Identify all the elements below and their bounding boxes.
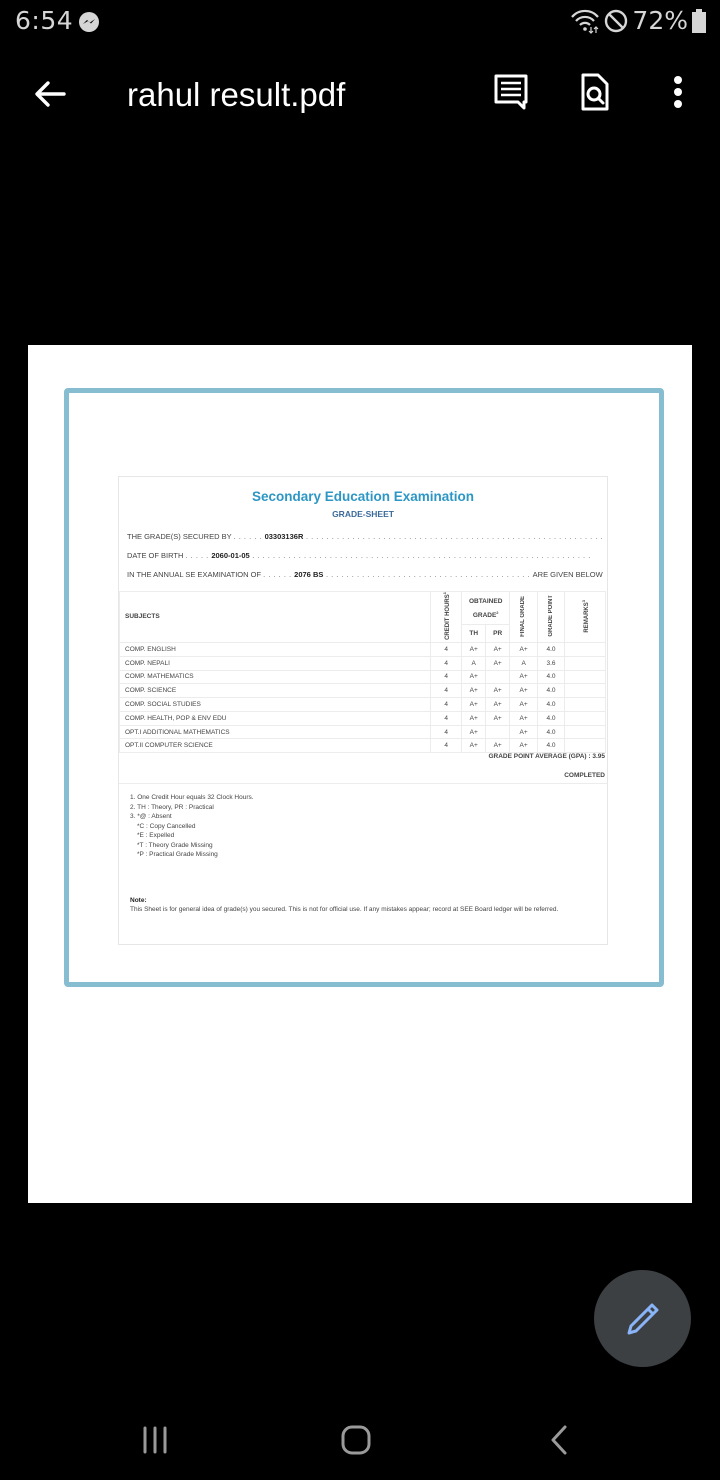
table-row: OPT.I ADDITIONAL MATHEMATICS4A+A+4.0 bbox=[120, 725, 606, 739]
subject-cell: COMP. SCIENCE bbox=[120, 684, 431, 698]
footnote: 3. *@ : Absent bbox=[130, 812, 254, 822]
remarks-cell bbox=[565, 711, 606, 725]
grade-point-cell: 4.0 bbox=[538, 698, 565, 712]
home-button[interactable] bbox=[331, 1420, 381, 1460]
dob-line: DATE OF BIRTH . . . . . 2060-01-05 . . .… bbox=[127, 551, 591, 560]
comments-button[interactable] bbox=[489, 70, 533, 114]
exam-line: IN THE ANNUAL SE EXAMINATION OF . . . . … bbox=[127, 570, 603, 579]
dob-value: 2060-01-05 bbox=[211, 551, 249, 560]
final-grade-cell: A bbox=[510, 656, 538, 670]
pr-grade-cell: A+ bbox=[486, 656, 510, 670]
status-bar: 6:54 72% bbox=[0, 0, 720, 44]
result-status: COMPLETED bbox=[564, 772, 605, 779]
grade-sheet: Secondary Education Examination GRADE-SH… bbox=[118, 476, 608, 945]
remarks-cell bbox=[565, 698, 606, 712]
grade-point-cell: 4.0 bbox=[538, 739, 565, 753]
grade-point-cell: 4.0 bbox=[538, 711, 565, 725]
table-row: COMP. SCIENCE4A+A+A+4.0 bbox=[120, 684, 606, 698]
pr-grade-cell: A+ bbox=[486, 739, 510, 753]
dob-label: DATE OF BIRTH bbox=[127, 551, 183, 560]
th-grade-cell: A+ bbox=[462, 739, 486, 753]
exam-label: IN THE ANNUAL SE EXAMINATION OF bbox=[127, 570, 261, 579]
th-grade-cell: A+ bbox=[462, 684, 486, 698]
note: Note: This Sheet is for general idea of … bbox=[130, 896, 590, 914]
subject-cell: COMP. HEALTH, POP & ENV EDU bbox=[120, 711, 431, 725]
header-subjects: SUBJECTS bbox=[120, 592, 431, 643]
credit-cell: 4 bbox=[431, 725, 462, 739]
final-grade-cell: A+ bbox=[510, 698, 538, 712]
final-grade-cell: A+ bbox=[510, 642, 538, 656]
remarks-cell bbox=[565, 642, 606, 656]
recent-apps-button[interactable] bbox=[130, 1420, 180, 1460]
header-th: TH bbox=[462, 625, 486, 643]
edit-fab-button[interactable] bbox=[594, 1270, 691, 1367]
navigation-bar bbox=[0, 1400, 720, 1480]
header-pr: PR bbox=[486, 625, 510, 643]
final-grade-cell: A+ bbox=[510, 711, 538, 725]
remarks-cell bbox=[565, 725, 606, 739]
table-row: OPT.II COMPUTER SCIENCE4A+A+A+4.0 bbox=[120, 739, 606, 753]
note-text: This Sheet is for general idea of grade(… bbox=[130, 906, 558, 913]
note-label: Note: bbox=[130, 897, 147, 904]
remarks-cell bbox=[565, 656, 606, 670]
credit-cell: 4 bbox=[431, 711, 462, 725]
back-icon bbox=[547, 1424, 571, 1456]
grade-point-cell: 4.0 bbox=[538, 725, 565, 739]
find-in-document-icon bbox=[574, 72, 614, 112]
subject-cell: OPT.II COMPUTER SCIENCE bbox=[120, 739, 431, 753]
th-grade-cell: A+ bbox=[462, 725, 486, 739]
more-options-button[interactable] bbox=[656, 70, 700, 114]
gpa-text: GRADE POINT AVERAGE (GPA) : 3.95 bbox=[488, 753, 605, 760]
subject-cell: COMP. ENGLISH bbox=[120, 642, 431, 656]
credit-cell: 4 bbox=[431, 656, 462, 670]
remarks-cell bbox=[565, 684, 606, 698]
footnote: *T : Theory Grade Missing bbox=[130, 841, 254, 851]
home-icon bbox=[340, 1424, 372, 1456]
credit-cell: 4 bbox=[431, 642, 462, 656]
wifi-icon bbox=[570, 8, 600, 34]
find-in-document-button[interactable] bbox=[572, 70, 616, 114]
divider bbox=[119, 783, 607, 784]
header-obtained-grade: OBTAINED GRADE2 bbox=[462, 592, 510, 625]
edit-pencil-icon bbox=[623, 1299, 663, 1339]
final-grade-cell: A+ bbox=[510, 725, 538, 739]
comments-icon bbox=[491, 72, 531, 112]
grade-point-cell: 3.6 bbox=[538, 656, 565, 670]
final-grade-cell: A+ bbox=[510, 670, 538, 684]
subject-cell: COMP. SOCIAL STUDIES bbox=[120, 698, 431, 712]
th-grade-cell: A bbox=[462, 656, 486, 670]
subject-cell: OPT.I ADDITIONAL MATHEMATICS bbox=[120, 725, 431, 739]
subject-cell: COMP. NEPALI bbox=[120, 656, 431, 670]
th-grade-cell: A+ bbox=[462, 711, 486, 725]
messenger-icon bbox=[78, 11, 100, 33]
credit-cell: 4 bbox=[431, 698, 462, 712]
do-not-disturb-icon bbox=[604, 9, 628, 33]
credit-cell: 4 bbox=[431, 739, 462, 753]
final-grade-cell: A+ bbox=[510, 739, 538, 753]
table-row: COMP. ENGLISH4A+A+A+4.0 bbox=[120, 642, 606, 656]
table-row: COMP. NEPALI4AA+A3.6 bbox=[120, 656, 606, 670]
sheet-subtitle: GRADE-SHEET bbox=[119, 509, 607, 519]
more-vert-icon bbox=[672, 74, 684, 110]
document-title: rahul result.pdf bbox=[127, 76, 345, 114]
th-grade-cell: A+ bbox=[462, 698, 486, 712]
secured-by-label: THE GRADE(S) SECURED BY bbox=[127, 532, 231, 541]
symbol-number: 03303136R bbox=[265, 532, 304, 541]
grade-point-cell: 4.0 bbox=[538, 684, 565, 698]
table-row: COMP. SOCIAL STUDIES4A+A+A+4.0 bbox=[120, 698, 606, 712]
system-back-button[interactable] bbox=[534, 1420, 584, 1460]
back-button[interactable] bbox=[30, 74, 70, 114]
footnote: *C : Copy Cancelled bbox=[130, 822, 254, 832]
pr-grade-cell: A+ bbox=[486, 698, 510, 712]
app-bar: rahul result.pdf bbox=[0, 56, 720, 136]
footnote: 1. One Credit Hour equals 32 Clock Hours… bbox=[130, 793, 254, 803]
header-credit-hours: CREDIT HOURS1 bbox=[431, 592, 462, 643]
secured-by-line: THE GRADE(S) SECURED BY . . . . . . 0330… bbox=[127, 532, 603, 541]
footnote: *P : Practical Grade Missing bbox=[130, 850, 254, 860]
grades-table: SUBJECTS CREDIT HOURS1 OBTAINED GRADE2 F… bbox=[119, 591, 606, 753]
header-grade-point: GRADE POINT bbox=[538, 592, 565, 643]
pr-grade-cell: A+ bbox=[486, 642, 510, 656]
header-remarks: REMARKS3 bbox=[565, 592, 606, 643]
th-grade-cell: A+ bbox=[462, 642, 486, 656]
pr-grade-cell: A+ bbox=[486, 684, 510, 698]
system-status-icons: 72% bbox=[570, 6, 706, 35]
status-time: 6:54 bbox=[15, 6, 73, 35]
footnote: 2. TH : Theory, PR : Practical bbox=[130, 803, 254, 813]
battery-icon bbox=[692, 9, 706, 33]
battery-percent: 72% bbox=[632, 6, 688, 35]
pdf-page[interactable]: Secondary Education Examination GRADE-SH… bbox=[28, 345, 692, 1203]
arrow-left-icon bbox=[30, 74, 70, 114]
th-grade-cell: A+ bbox=[462, 670, 486, 684]
pr-grade-cell bbox=[486, 725, 510, 739]
pr-grade-cell: A+ bbox=[486, 711, 510, 725]
header-final-grade: FINAL GRADE bbox=[510, 592, 538, 643]
exam-year: 2076 BS bbox=[294, 570, 323, 579]
credit-cell: 4 bbox=[431, 684, 462, 698]
grade-point-cell: 4.0 bbox=[538, 670, 565, 684]
footnotes: 1. One Credit Hour equals 32 Clock Hours… bbox=[130, 793, 254, 860]
exam-suffix: ARE GIVEN BELOW bbox=[533, 570, 603, 579]
final-grade-cell: A+ bbox=[510, 684, 538, 698]
remarks-cell bbox=[565, 739, 606, 753]
recent-apps-icon bbox=[140, 1425, 170, 1455]
subject-cell: COMP. MATHEMATICS bbox=[120, 670, 431, 684]
pr-grade-cell bbox=[486, 670, 510, 684]
remarks-cell bbox=[565, 670, 606, 684]
footnote: *E : Expelled bbox=[130, 831, 254, 841]
table-row: COMP. MATHEMATICS4A+A+4.0 bbox=[120, 670, 606, 684]
credit-cell: 4 bbox=[431, 670, 462, 684]
grade-point-cell: 4.0 bbox=[538, 642, 565, 656]
table-row: COMP. HEALTH, POP & ENV EDU4A+A+A+4.0 bbox=[120, 711, 606, 725]
exam-title: Secondary Education Examination bbox=[119, 489, 607, 504]
